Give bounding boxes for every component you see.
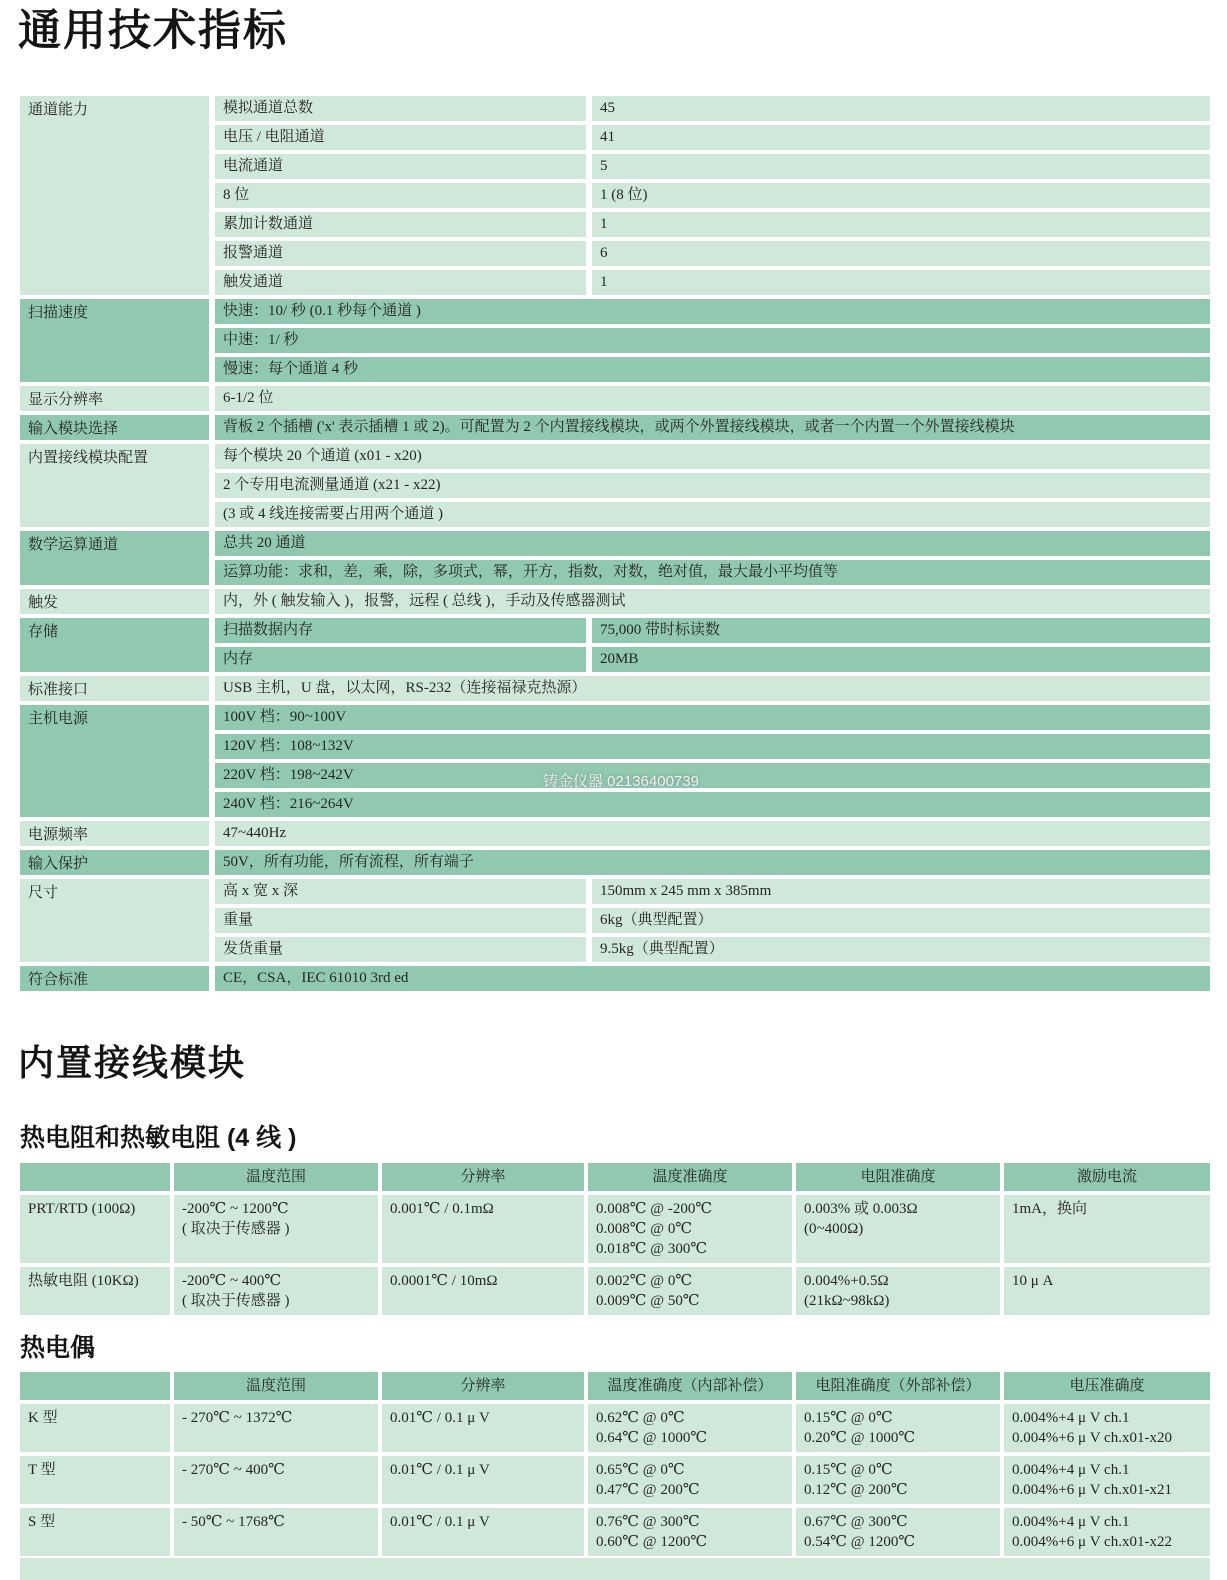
table-row: 100V 档：90~100V (215, 705, 1210, 730)
table-cell: PRT/RTD (100Ω) (20, 1195, 170, 1263)
spec-section-mains-power: 主机电源 100V 档：90~100V 120V 档：108~132V 220V… (20, 705, 1210, 817)
spec-cell-text: 220V 档：198~242V (215, 763, 1210, 788)
column-header: 温度准确度 (588, 1163, 792, 1191)
column-header: 温度范围 (174, 1163, 378, 1191)
spec-cell-name: 模拟通道总数 (215, 96, 586, 121)
spec-cell-value: 5 (592, 154, 1210, 179)
spec-cell-text: 2 个专用电流测量通道 (x21 - x22) (215, 473, 1210, 498)
spec-cell-value: 1 (592, 212, 1210, 237)
spec-cell-text: (3 或 4 线连接需要占用两个通道 ) (215, 502, 1210, 527)
table-cell: -200℃ ~ 400℃ ( 取决于传感器 ) (174, 1267, 378, 1315)
spec-cell-name: 电流通道 (215, 154, 586, 179)
column-header (20, 1372, 170, 1400)
table-row: 电压 / 电阻通道 41 (215, 125, 1210, 150)
table-cell: 0.004%+0.5Ω (21kΩ~98kΩ) (796, 1267, 1000, 1315)
spec-section-trigger: 触发 内，外 ( 触发输入 )，报警，远程 ( 总线 )，手动及传感器测试 (20, 589, 1210, 614)
table-row: 8 位 1 (8 位) (215, 183, 1210, 208)
table-cell: 0.65℃ @ 0℃ 0.47℃ @ 200℃ (588, 1456, 792, 1504)
spec-cell-text: 背板 2 个插槽 ('x' 表示插槽 1 或 2)。可配置为 2 个内置接线模块… (215, 415, 1210, 440)
spec-cell-text: 总共 20 通道 (215, 531, 1210, 556)
spec-cell-name: 扫描数据内存 (215, 618, 586, 643)
table-cell: 0.008℃ @ -200℃ 0.008℃ @ 0℃ 0.018℃ @ 300℃ (588, 1195, 792, 1263)
table-row: 每个模块 20 个通道 (x01 - x20) (215, 444, 1210, 469)
spec-section-label: 输入模块选择 (20, 415, 209, 440)
spec-section-label: 电源频率 (20, 821, 209, 846)
table-row: 240V 档：216~264V (215, 792, 1210, 817)
spec-section-channel-capability: 通道能力 模拟通道总数 45 电压 / 电阻通道 41 电流通道 5 8 位 1… (20, 96, 1210, 295)
table-cell: 0.004%+4 μ V ch.1 0.004%+6 μ V ch.x01-x2… (1004, 1404, 1210, 1452)
spec-section-compliance: 符合标准 CE，CSA，IEC 61010 3rd ed (20, 966, 1210, 991)
spec-cell-name: 8 位 (215, 183, 586, 208)
table-row: 发货重量 9.5kg（典型配置） (215, 937, 1210, 962)
table-cell: - 50℃ ~ 1768℃ (174, 1508, 378, 1556)
general-spec-table: 通道能力 模拟通道总数 45 电压 / 电阻通道 41 电流通道 5 8 位 1… (20, 96, 1210, 991)
table-cell: 0.76℃ @ 300℃ 0.60℃ @ 1200℃ (588, 1508, 792, 1556)
spec-section-label: 扫描速度 (20, 299, 209, 382)
spec-cell-value: 41 (592, 125, 1210, 150)
table-row: 触发通道 1 (215, 270, 1210, 295)
table-row: 累加计数通道 1 (215, 212, 1210, 237)
column-header (20, 1163, 170, 1191)
spec-section-dimensions: 尺寸 高 x 宽 x 深 150mm x 245 mm x 385mm 重量 6… (20, 879, 1210, 962)
table-row: 快速：10/ 秒 (0.1 秒每个通道 ) (215, 299, 1210, 324)
table-row-cutoff (20, 1558, 1210, 1580)
rtd-table: 温度范围 分辨率 温度准确度 电阻准确度 激励电流 PRT/RTD (100Ω)… (20, 1163, 1210, 1315)
table-row: 47~440Hz (215, 821, 1210, 846)
spec-cell-text: 内，外 ( 触发输入 )，报警，远程 ( 总线 )，手动及传感器测试 (215, 589, 1210, 614)
spec-cell-name: 累加计数通道 (215, 212, 586, 237)
table-cell: 热敏电阻 (10KΩ) (20, 1267, 170, 1315)
spec-cell-name: 重量 (215, 908, 586, 933)
spec-cell-name: 高 x 宽 x 深 (215, 879, 586, 904)
thermocouple-table: 温度范围 分辨率 温度准确度（内部补偿） 电阻准确度（外部补偿） 电压准确度 K… (20, 1372, 1210, 1556)
table-row: 重量 6kg（典型配置） (215, 908, 1210, 933)
table-row: 扫描数据内存 75,000 带时标读数 (215, 618, 1210, 643)
table-cell: 0.01℃ / 0.1 μ V (382, 1508, 584, 1556)
spec-cell-value: 20MB (592, 647, 1210, 672)
spec-section-label: 标准接口 (20, 676, 209, 701)
column-header: 分辨率 (382, 1163, 584, 1191)
column-header: 电阻准确度 (796, 1163, 1000, 1191)
spec-section-builtin-module-config: 内置接线模块配置 每个模块 20 个通道 (x01 - x20) 2 个专用电流… (20, 444, 1210, 527)
spec-cell-text: 50V，所有功能，所有流程，所有端子 (215, 850, 1210, 875)
spec-section-standard-interfaces: 标准接口 USB 主机，U 盘，以太网，RS-232（连接福禄克热源） (20, 676, 1210, 701)
column-header: 分辨率 (382, 1372, 584, 1400)
spec-cell-text: 每个模块 20 个通道 (x01 - x20) (215, 444, 1210, 469)
table-row: 120V 档：108~132V (215, 734, 1210, 759)
table-cell: - 270℃ ~ 400℃ (174, 1456, 378, 1504)
table-row: 内存 20MB (215, 647, 1210, 672)
spec-section-label: 数学运算通道 (20, 531, 209, 585)
column-header: 激励电流 (1004, 1163, 1210, 1191)
column-header: 电压准确度 (1004, 1372, 1210, 1400)
table-row: 模拟通道总数 45 (215, 96, 1210, 121)
spec-cell-name: 触发通道 (215, 270, 586, 295)
spec-cell-text: 运算功能：求和，差，乘，除，多项式，幂，开方，指数，对数，绝对值，最大最小平均值… (215, 560, 1210, 585)
spec-cell-text: 100V 档：90~100V (215, 705, 1210, 730)
spec-cell-value: 9.5kg（典型配置） (592, 937, 1210, 962)
table-cell: T 型 (20, 1456, 170, 1504)
spec-cell-value: 45 (592, 96, 1210, 121)
table-cell: 0.01℃ / 0.1 μ V (382, 1404, 584, 1452)
column-header: 温度范围 (174, 1372, 378, 1400)
table-row: 背板 2 个插槽 ('x' 表示插槽 1 或 2)。可配置为 2 个内置接线模块… (215, 415, 1210, 440)
table-cell: 0.002℃ @ 0℃ 0.009℃ @ 50℃ (588, 1267, 792, 1315)
table-cell: 0.004%+4 μ V ch.1 0.004%+6 μ V ch.x01-x2… (1004, 1508, 1210, 1556)
spec-cell-text: 6-1/2 位 (215, 386, 1210, 411)
table-row: 6-1/2 位 (215, 386, 1210, 411)
table-cell: 0.004%+4 μ V ch.1 0.004%+6 μ V ch.x01-x2… (1004, 1456, 1210, 1504)
page-title: 通用技术指标 (18, 6, 288, 58)
spec-cell-name: 发货重量 (215, 937, 586, 962)
section-title-builtin-module: 内置接线模块 (18, 1041, 246, 1084)
spec-section-scan-speed: 扫描速度 快速：10/ 秒 (0.1 秒每个通道 ) 中速：1/ 秒 慢速：每个… (20, 299, 1210, 382)
spec-cell-text: 120V 档：108~132V (215, 734, 1210, 759)
spec-section-display-resolution: 显示分辨率 6-1/2 位 (20, 386, 1210, 411)
spec-section-input-protection: 输入保护 50V，所有功能，所有流程，所有端子 (20, 850, 1210, 875)
spec-section-label: 尺寸 (20, 879, 209, 962)
table-cell: 0.0001℃ / 10mΩ (382, 1267, 584, 1315)
table-cell: 0.62℃ @ 0℃ 0.64℃ @ 1000℃ (588, 1404, 792, 1452)
spec-section-label: 内置接线模块配置 (20, 444, 209, 527)
column-header: 温度准确度（内部补偿） (588, 1372, 792, 1400)
spec-section-input-module: 输入模块选择 背板 2 个插槽 ('x' 表示插槽 1 或 2)。可配置为 2 … (20, 415, 1210, 440)
spec-cell-text: CE，CSA，IEC 61010 3rd ed (215, 966, 1210, 991)
table-cell: 0.15℃ @ 0℃ 0.12℃ @ 200℃ (796, 1456, 1000, 1504)
spec-section-math-channels: 数学运算通道 总共 20 通道 运算功能：求和，差，乘，除，多项式，幂，开方，指… (20, 531, 1210, 585)
spec-cell-text: 快速：10/ 秒 (0.1 秒每个通道 ) (215, 299, 1210, 324)
table-cell: 0.67℃ @ 300℃ 0.54℃ @ 1200℃ (796, 1508, 1000, 1556)
spec-cell-name: 内存 (215, 647, 586, 672)
table-cell: 0.003% 或 0.003Ω (0~400Ω) (796, 1195, 1000, 1263)
table-cell: K 型 (20, 1404, 170, 1452)
spec-section-label: 输入保护 (20, 850, 209, 875)
table-row: (3 或 4 线连接需要占用两个通道 ) (215, 502, 1210, 527)
subsection-title-thermocouple: 热电偶 (20, 1334, 95, 1363)
spec-section-label: 符合标准 (20, 966, 209, 991)
spec-cell-text: 慢速：每个通道 4 秒 (215, 357, 1210, 382)
spec-cell-name: 报警通道 (215, 241, 586, 266)
spec-section-label: 触发 (20, 589, 209, 614)
table-row: USB 主机，U 盘，以太网，RS-232（连接福禄克热源） (215, 676, 1210, 701)
table-row: 内，外 ( 触发输入 )，报警，远程 ( 总线 )，手动及传感器测试 (215, 589, 1210, 614)
spec-cell-text: USB 主机，U 盘，以太网，RS-232（连接福禄克热源） (215, 676, 1210, 701)
spec-cell-value: 6kg（典型配置） (592, 908, 1210, 933)
table-cell: S 型 (20, 1508, 170, 1556)
table-row: 慢速：每个通道 4 秒 (215, 357, 1210, 382)
table-row: CE，CSA，IEC 61010 3rd ed (215, 966, 1210, 991)
spec-cell-value: 1 (8 位) (592, 183, 1210, 208)
spec-section-label: 通道能力 (20, 96, 209, 295)
spec-section-storage: 存储 扫描数据内存 75,000 带时标读数 内存 20MB (20, 618, 1210, 672)
table-row: 50V，所有功能，所有流程，所有端子 (215, 850, 1210, 875)
table-row: 2 个专用电流测量通道 (x21 - x22) (215, 473, 1210, 498)
spec-cell-value: 6 (592, 241, 1210, 266)
watermark-text: 铸金仪器 02136400739 (543, 770, 699, 791)
column-header: 电阻准确度（外部补偿） (796, 1372, 1000, 1400)
table-cell: 0.001℃ / 0.1mΩ (382, 1195, 584, 1263)
spec-cell-value: 150mm x 245 mm x 385mm (592, 879, 1210, 904)
table-row: 总共 20 通道 (215, 531, 1210, 556)
spec-cell-text: 240V 档：216~264V (215, 792, 1210, 817)
subsection-title-rtd: 热电阻和热敏电阻 (4 线 ) (20, 1124, 296, 1153)
table-cell: 1mA，换向 (1004, 1195, 1210, 1263)
spec-cell-value: 75,000 带时标读数 (592, 618, 1210, 643)
table-cell: 0.01℃ / 0.1 μ V (382, 1456, 584, 1504)
table-cell: - 270℃ ~ 1372℃ (174, 1404, 378, 1452)
spec-cell-name: 电压 / 电阻通道 (215, 125, 586, 150)
table-cell: 0.15℃ @ 0℃ 0.20℃ @ 1000℃ (796, 1404, 1000, 1452)
table-row: 220V 档：198~242V (215, 763, 1210, 788)
table-cell: -200℃ ~ 1200℃ ( 取决于传感器 ) (174, 1195, 378, 1263)
table-cell: 10 μ A (1004, 1267, 1210, 1315)
table-row: 运算功能：求和，差，乘，除，多项式，幂，开方，指数，对数，绝对值，最大最小平均值… (215, 560, 1210, 585)
spec-section-label: 主机电源 (20, 705, 209, 817)
table-row: 电流通道 5 (215, 154, 1210, 179)
table-row: 报警通道 6 (215, 241, 1210, 266)
spec-cell-text: 47~440Hz (215, 821, 1210, 846)
spec-cell-value: 1 (592, 270, 1210, 295)
spec-section-power-frequency: 电源频率 47~440Hz (20, 821, 1210, 846)
spec-section-label: 显示分辨率 (20, 386, 209, 411)
spec-section-label: 存储 (20, 618, 209, 672)
table-row: 中速：1/ 秒 (215, 328, 1210, 353)
spec-cell-text: 中速：1/ 秒 (215, 328, 1210, 353)
table-row: 高 x 宽 x 深 150mm x 245 mm x 385mm (215, 879, 1210, 904)
